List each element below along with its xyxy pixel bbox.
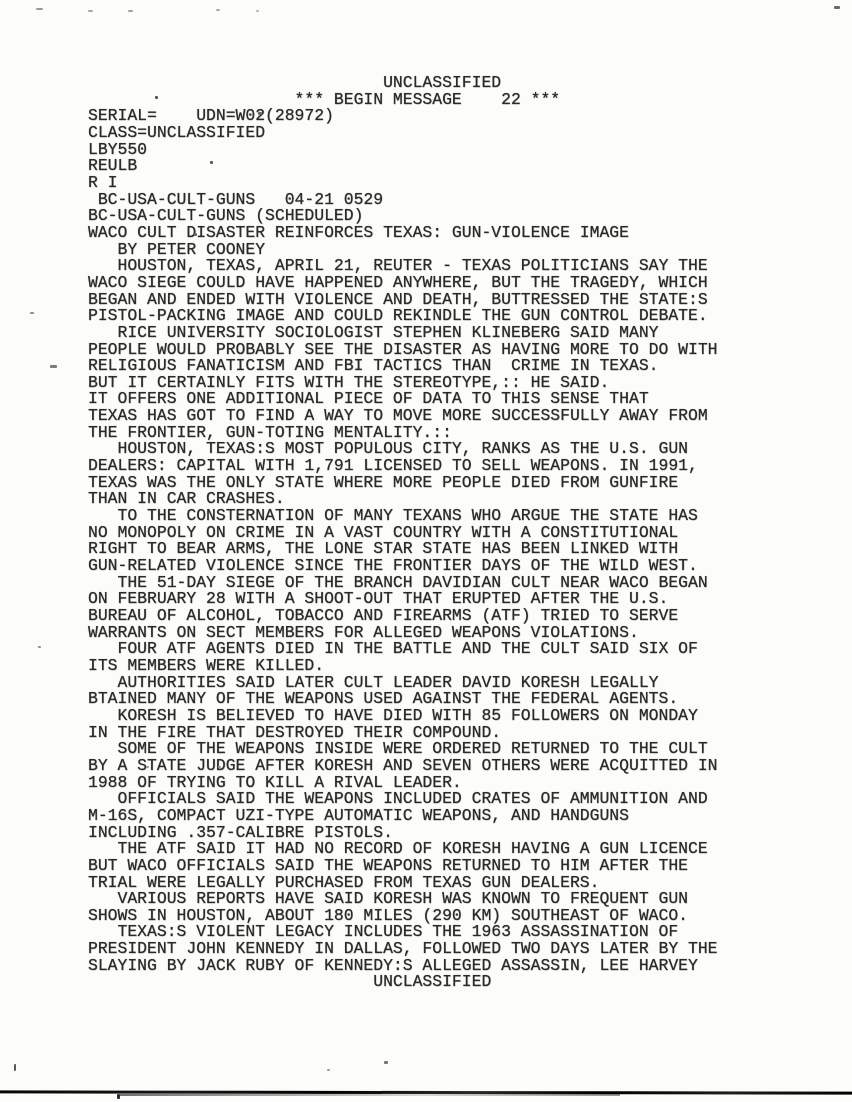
teletype-message-text: UNCLASSIFIED *** BEGIN MESSAGE 22 *** SE… (88, 75, 718, 991)
scan-speck (258, 112, 262, 115)
scan-speck (155, 96, 158, 99)
scan-speck (88, 10, 93, 12)
scan-speck (194, 233, 197, 236)
scan-speck (36, 8, 43, 10)
scan-speck (128, 10, 133, 12)
scan-speck (834, 6, 840, 9)
scan-speck (210, 161, 213, 164)
scanned-document-page: UNCLASSIFIED *** BEGIN MESSAGE 22 *** SE… (0, 0, 852, 1102)
scan-speck (384, 1061, 388, 1064)
scan-speck (38, 646, 41, 648)
scan-speck (216, 9, 220, 11)
scan-speck (14, 1064, 16, 1071)
scan-speck (256, 10, 259, 12)
scan-speck (50, 365, 57, 368)
scan-speck (218, 766, 221, 768)
scan-speck (30, 312, 34, 314)
scan-speck (327, 1069, 330, 1071)
scan-bottom-edge-shadow (120, 1094, 620, 1096)
scan-speck (146, 766, 149, 768)
